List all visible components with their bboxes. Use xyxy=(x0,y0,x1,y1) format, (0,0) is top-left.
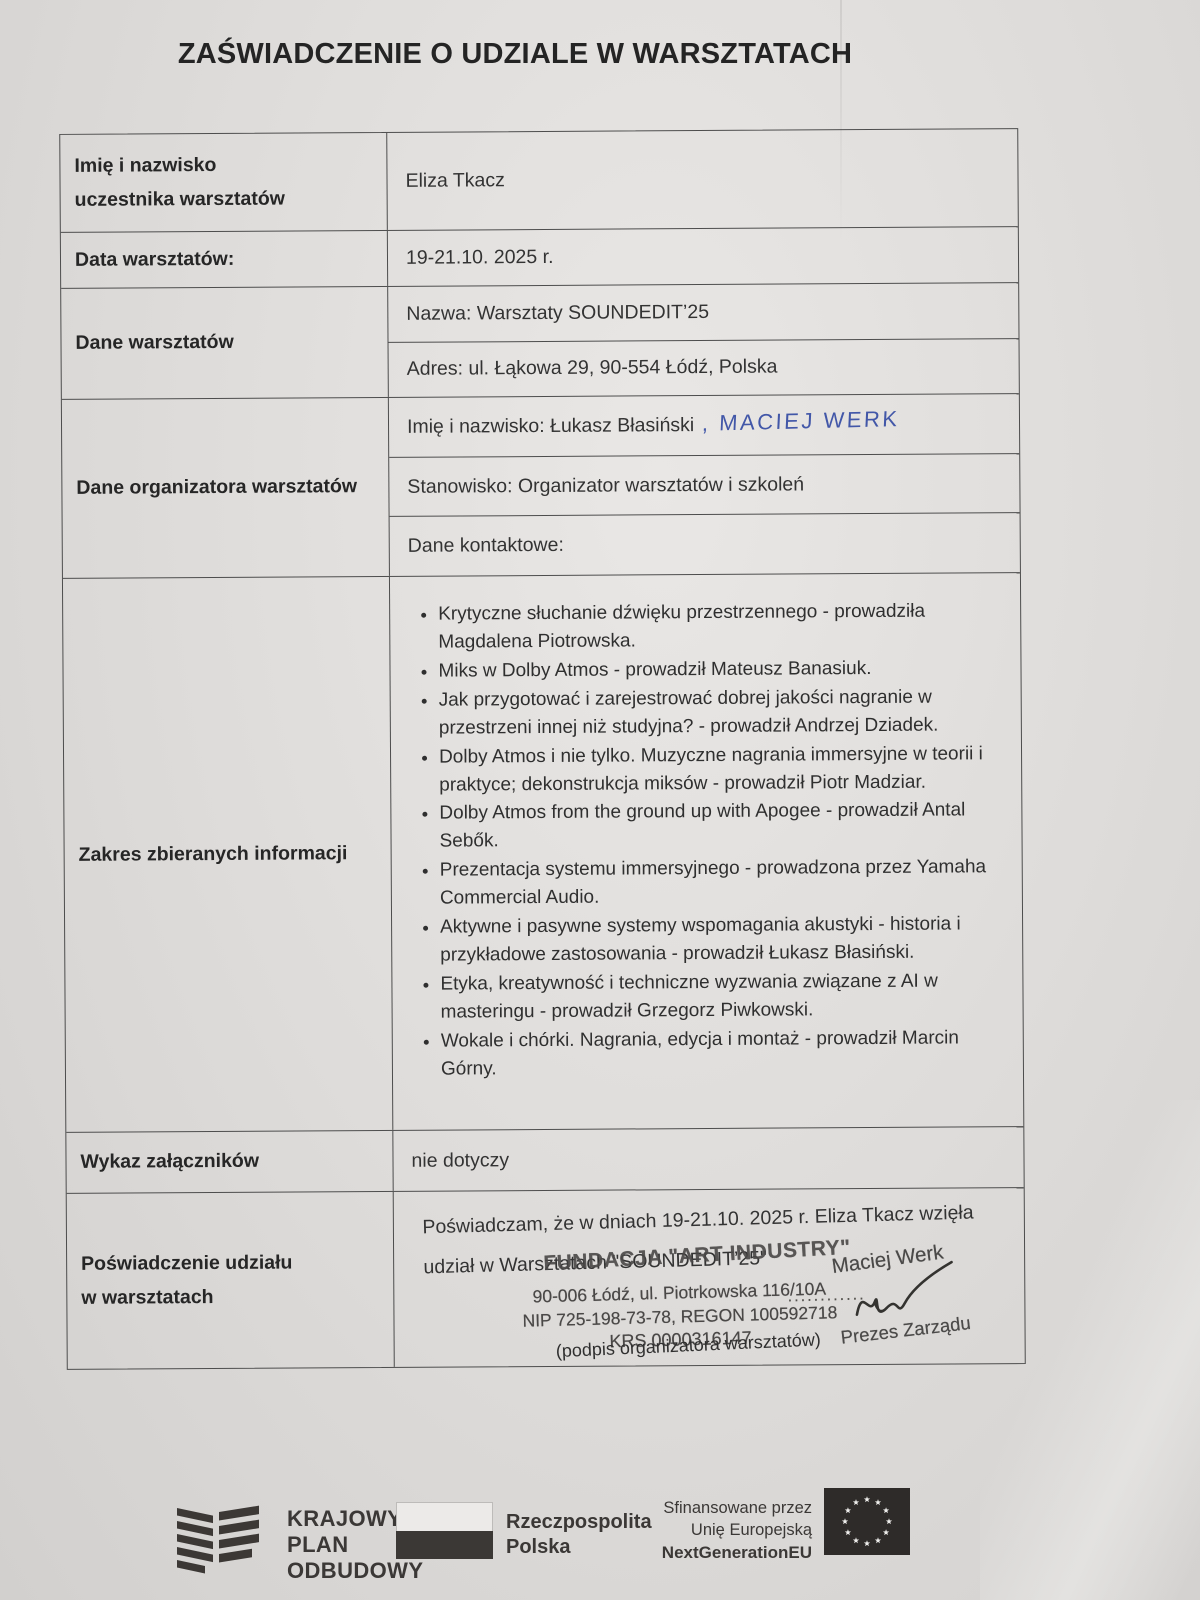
organizer-name: Imię i nazwisko: Łukasz Błasiński , MACI… xyxy=(389,394,1019,458)
attachments-label: Wykaz załączników xyxy=(66,1131,393,1193)
table-row-workshop: Dane warsztatów Nazwa: Warsztaty SOUNDED… xyxy=(61,283,1019,400)
eu-flag-icon xyxy=(824,1488,910,1555)
attachments-value: nie dotyczy xyxy=(393,1127,1023,1191)
poland-flag-red-stripe xyxy=(396,1531,493,1560)
certification-value: Poświadczam, że w dniach 19-21.10. 2025 … xyxy=(394,1188,1025,1367)
poland-flag-white-stripe xyxy=(396,1502,493,1531)
workshop-name: Nazwa: Warsztaty SOUNDEDIT’25 xyxy=(388,283,1018,342)
scope-item: Aktywne i pasywne systemy wspomagania ak… xyxy=(440,910,992,969)
organizer-position: Stanowisko: Organizator warsztatów i szk… xyxy=(389,454,1019,518)
scope-item: Miks w Dolby Atmos - prowadził Mateusz B… xyxy=(438,654,990,685)
organizer-name-handwritten: , MACIEJ WERK xyxy=(702,406,901,437)
certification-label: Poświadczenie udziału w warsztatach xyxy=(67,1192,395,1369)
workshop-label: Dane warsztatów xyxy=(61,287,389,399)
certification-label-line2: w warsztatach xyxy=(81,1280,379,1315)
certificate-table: Imię i nazwisko uczestnika warsztatów El… xyxy=(59,128,1026,1370)
certification-label-line1: Poświadczenie udziału xyxy=(81,1246,379,1281)
certification-content: Poświadczam, że w dniach 19-21.10. 2025 … xyxy=(392,1180,1027,1372)
table-row-participant: Imię i nazwisko uczestnika warsztatów El… xyxy=(60,129,1018,233)
organizer-contact: Dane kontaktowe: xyxy=(390,513,1020,576)
poland-text-line1: Rzeczpospolita xyxy=(506,1510,652,1535)
scope-item: Prezentacja systemu immersyjnego - prowa… xyxy=(440,854,992,913)
certification-text-line1: Poświadczam, że w dniach 19-21.10. 2025 … xyxy=(422,1201,974,1239)
poland-text-line2: Polska xyxy=(506,1535,652,1560)
participant-value: Eliza Tkacz xyxy=(387,129,1018,230)
table-row-organizer: Dane organizatora warsztatów Imię i nazw… xyxy=(62,394,1020,579)
scope-label: Zakres zbieranych informacji xyxy=(63,577,393,1132)
handwritten-signature xyxy=(845,1254,965,1329)
participant-label: Imię i nazwisko uczestnika warsztatów xyxy=(60,133,388,232)
footer-logos: KRAJOWY PLAN ODBUDOWY Rzeczpospolita Pol… xyxy=(0,1488,1200,1598)
date-value: 19-21.10. 2025 r. xyxy=(388,227,1018,286)
organizer-subrows: Imię i nazwisko: Łukasz Błasiński , MACI… xyxy=(389,394,1020,576)
scope-item: Dolby Atmos from the ground up with Apog… xyxy=(439,797,991,856)
participant-label-line1: Imię i nazwisko xyxy=(74,148,372,183)
scope-item: Dolby Atmos i nie tylko. Muzyczne nagran… xyxy=(439,740,991,799)
eu-text-line2: Unię Europejską xyxy=(636,1520,812,1542)
eu-funding-text: Sfinansowane przez Unię Europejską NextG… xyxy=(636,1498,812,1564)
scope-list: Krytyczne słuchanie dźwięku przestrzenne… xyxy=(390,573,1023,1084)
kpo-text-line3: ODBUDOWY xyxy=(287,1558,423,1584)
table-row-scope: Zakres zbieranych informacji Krytyczne s… xyxy=(63,573,1023,1133)
scope-item: Jak przygotować i zarejestrować dobrej j… xyxy=(439,683,991,742)
scanned-certificate-page: ZAŚWIADCZENIE O UDZIALE W WARSZTATACH Im… xyxy=(0,0,1200,1600)
kpo-logo-icon xyxy=(175,1500,267,1582)
scope-value: Krytyczne słuchanie dźwięku przestrzenne… xyxy=(390,573,1023,1130)
page-title: ZAŚWIADCZENIE O UDZIALE W WARSZTATACH xyxy=(0,38,1030,71)
workshop-address: Adres: ul. Łąkowa 29, 90-554 Łódź, Polsk… xyxy=(389,339,1019,397)
scope-item: Etyka, kreatywność i techniczne wyzwania… xyxy=(440,967,992,1026)
organizer-name-printed: Imię i nazwisko: Łukasz Błasiński xyxy=(407,414,694,439)
workshop-subrows: Nazwa: Warsztaty SOUNDEDIT’25 Adres: ul.… xyxy=(388,283,1019,397)
participant-label-line2: uczestnika warsztatów xyxy=(75,182,373,217)
scope-item: Wokale i chórki. Nagrania, edycja i mont… xyxy=(441,1024,993,1083)
eu-text-line1: Sfinansowane przez xyxy=(636,1498,812,1520)
date-label: Data warsztatów: xyxy=(61,231,388,288)
poland-flag-icon xyxy=(396,1502,493,1559)
table-row-certification: Poświadczenie udziału w warsztatach Pośw… xyxy=(67,1188,1025,1369)
eu-text-line3: NextGenerationEU xyxy=(636,1542,812,1564)
poland-logo-text: Rzeczpospolita Polska xyxy=(506,1510,652,1560)
table-row-date: Data warsztatów: 19-21.10. 2025 r. xyxy=(61,227,1018,289)
organizer-label: Dane organizatora warsztatów xyxy=(62,398,390,578)
scope-item: Krytyczne słuchanie dźwięku przestrzenne… xyxy=(438,597,990,656)
